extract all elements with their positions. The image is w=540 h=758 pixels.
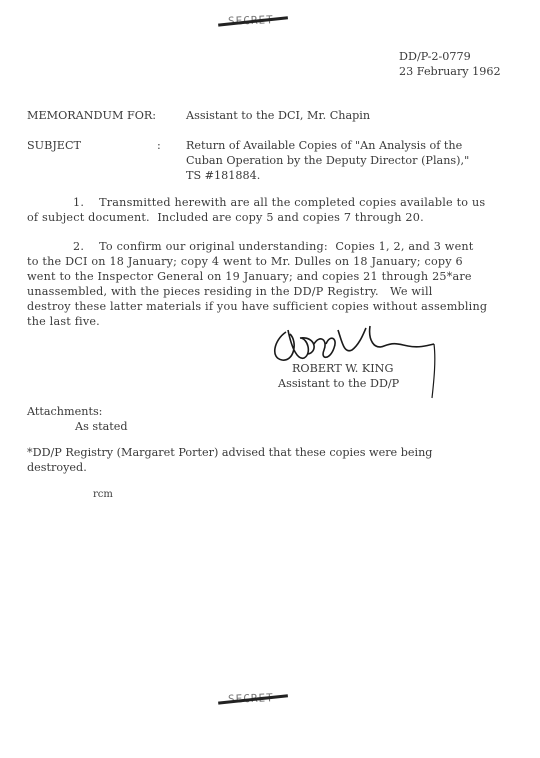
subject-label: SUBJECT [27,139,81,152]
bottom-classification-stamp: SECRET [228,691,274,706]
paragraph-2-line: went to the Inspector General on 19 Janu… [27,270,472,283]
paragraph-2-line: the last five. [27,315,100,328]
footnote-line: *DD/P Registry (Margaret Porter) advised… [27,446,432,459]
attachments-label: Attachments: [27,405,102,418]
reference-number: DD/P-2-0779 [399,50,471,63]
typist-initials: rcm [93,489,113,500]
top-classification-stamp: SECRET [228,13,274,28]
signatory-name: ROBERT W. KING [292,362,393,375]
subject-line: Return of Available Copies of "An Analys… [186,139,462,152]
paragraph-2-line: destroy these latter materials if you ha… [27,300,487,313]
subject-line: TS #181884. [186,169,260,182]
memo-for-label: MEMORANDUM FOR: [27,109,156,122]
memo-for-value: Assistant to the DCI, Mr. Chapin [186,109,370,122]
paragraph-2-line: 2. To confirm our original understanding… [73,240,474,253]
subject-colon: : [157,139,161,152]
paragraph-2-line: unassembled, with the pieces residing in… [27,285,433,298]
paragraph-1-line: of subject document. Included are copy 5… [27,211,424,224]
attachments-value: As stated [75,420,128,433]
subject-line: Cuban Operation by the Deputy Director (… [186,154,469,167]
footnote-line: destroyed. [27,461,87,474]
paragraph-2-line: to the DCI on 18 January; copy 4 went to… [27,255,463,268]
paragraph-1-line: 1. Transmitted herewith are all the comp… [73,196,485,209]
memo-date: 23 February 1962 [399,65,501,78]
signatory-title: Assistant to the DD/P [278,377,399,390]
